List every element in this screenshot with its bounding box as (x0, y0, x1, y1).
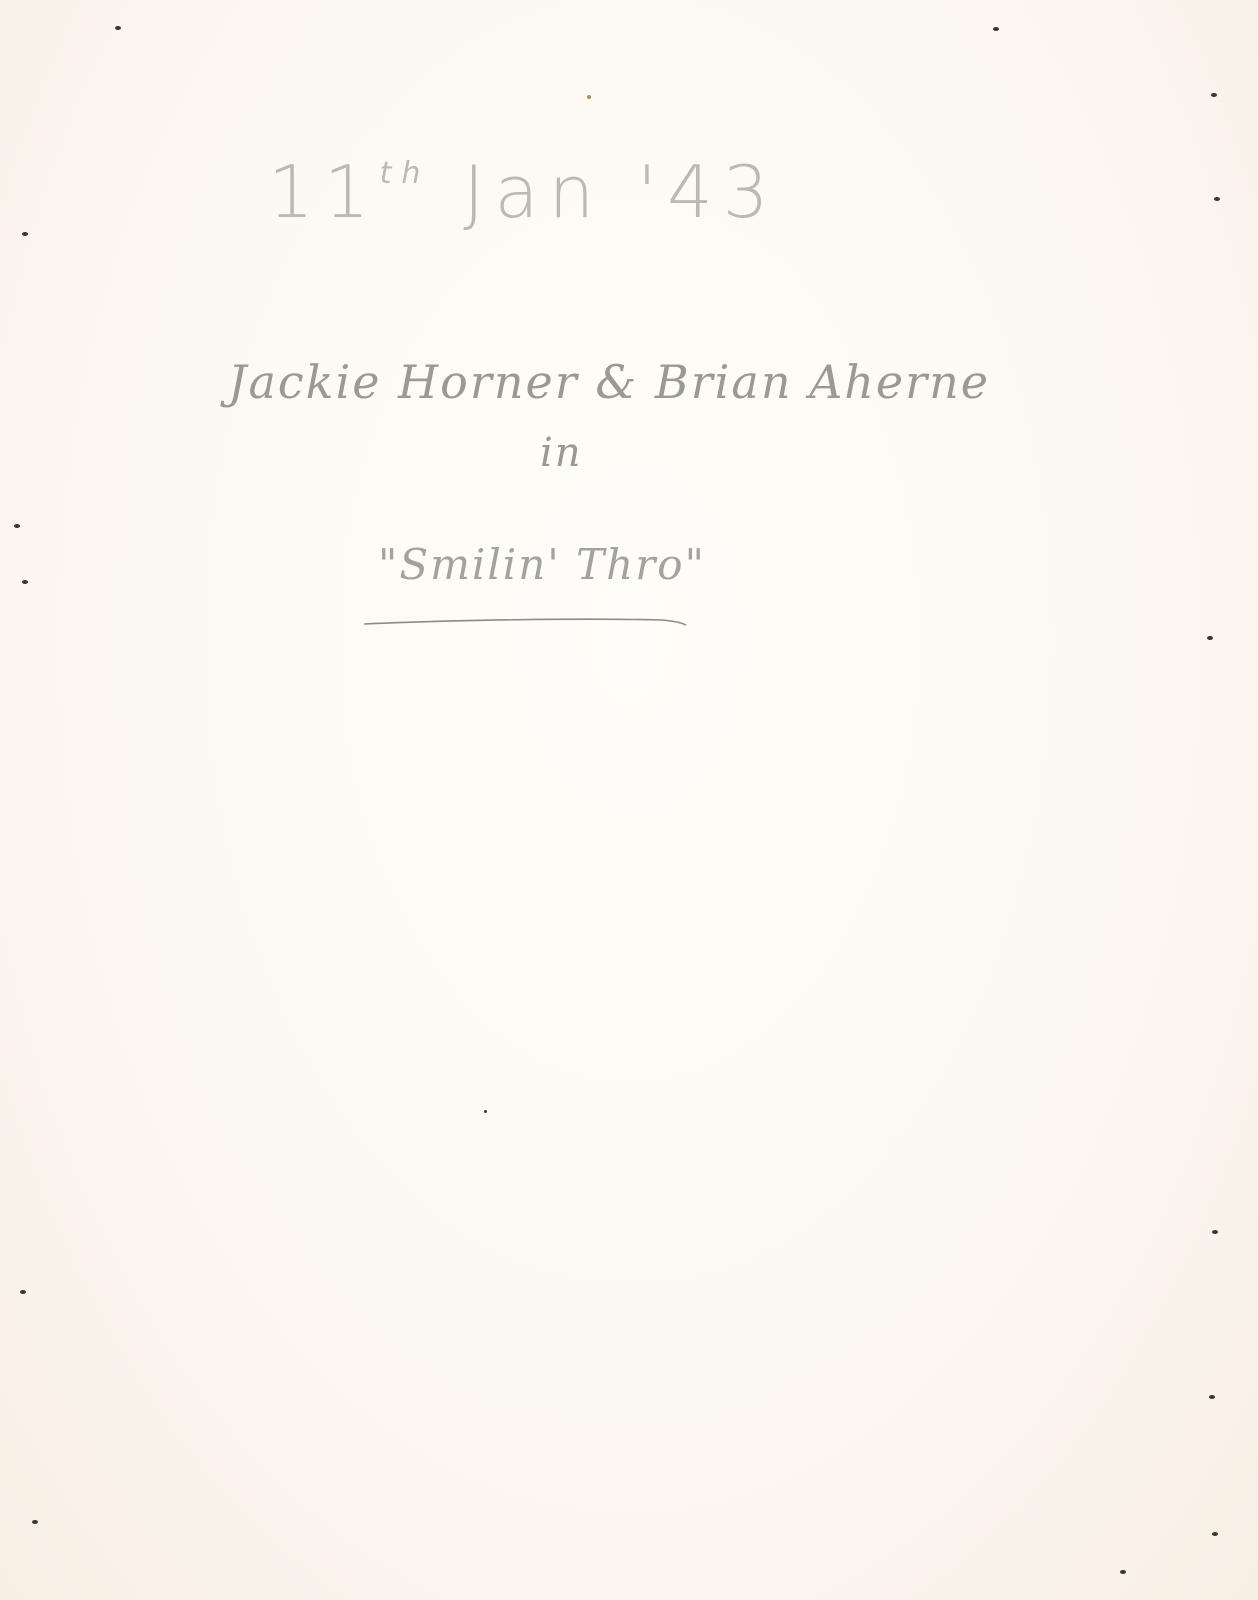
edge-speck (993, 27, 999, 31)
date-day: 11 (268, 150, 380, 234)
edge-speck (22, 580, 28, 584)
connector-inscription: in (540, 430, 583, 476)
photo-back-paper: 11th Jan '43 Jackie Horner & Brian Ahern… (0, 0, 1258, 1600)
edge-speck (115, 26, 121, 30)
edge-speck (1211, 93, 1217, 97)
date-inscription: 11th Jan '43 (268, 150, 779, 234)
edge-speck (1120, 1570, 1126, 1574)
edge-speck (1209, 1395, 1215, 1399)
title-underline (362, 618, 688, 626)
edge-speck (1207, 636, 1213, 640)
edge-speck (484, 1110, 487, 1113)
edge-speck (1214, 197, 1220, 201)
edge-speck (20, 1290, 26, 1294)
edge-speck (22, 232, 28, 236)
edge-speck (1212, 1230, 1218, 1234)
edge-speck (587, 95, 591, 99)
names-inscription: Jackie Horner & Brian Aherne (228, 355, 990, 409)
edge-speck (1212, 1532, 1218, 1536)
film-title-inscription: "Smilin' Thro" (378, 540, 706, 589)
date-suffix: th (380, 156, 431, 191)
date-month-year: Jan '43 (463, 150, 778, 234)
edge-speck (14, 524, 20, 528)
edge-speck (32, 1520, 38, 1524)
